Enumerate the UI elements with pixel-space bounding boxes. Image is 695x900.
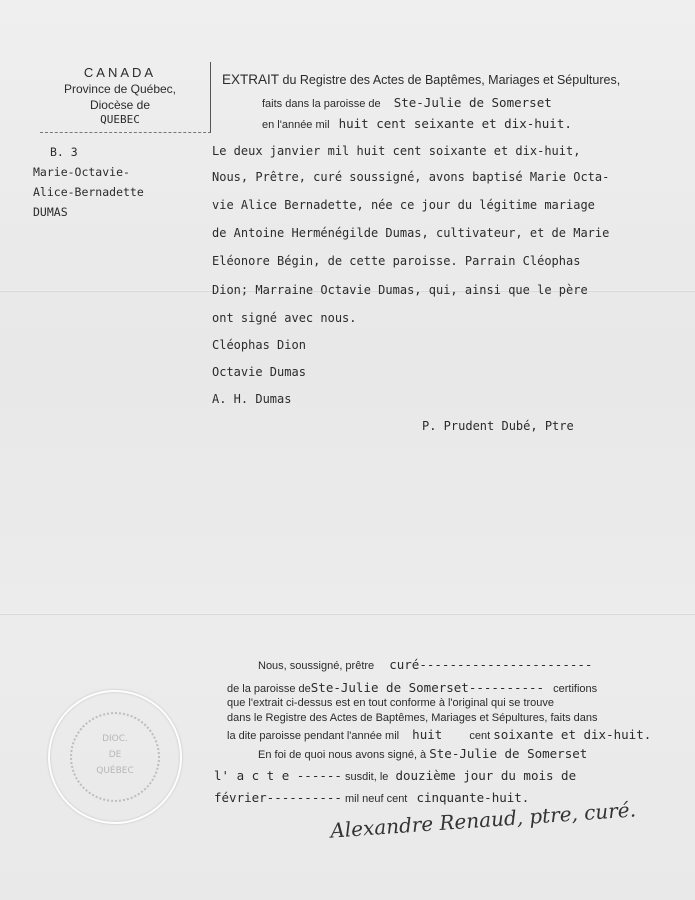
record-line: Le deux janvier mil huit cent soixante e… <box>212 144 580 158</box>
priest-signature: P. Prudent Dubé, Ptre <box>422 419 574 433</box>
cert-label: Nous, soussigné, prêtre <box>258 660 374 672</box>
paroisse-label: faits dans la paroisse de <box>262 98 381 110</box>
cert-value: soixante et dix-huit. <box>493 727 651 742</box>
cert-line-4: dans le Registre des Actes de Baptêmes, … <box>227 712 598 724</box>
embossed-seal: DIOC. DE QUÉBEC <box>48 690 182 824</box>
record-line: Eléonore Bégin, de cette paroisse. Parra… <box>212 254 580 268</box>
child-name-line1: Marie-Octavie- <box>33 165 130 179</box>
cert-value: Ste-Julie de Somerset <box>429 746 587 761</box>
cert-value: curé----------------------- <box>389 657 592 672</box>
cert-line-7: l' a c t e ------ susdit, le douzième jo… <box>214 768 576 783</box>
seal-text: DE <box>72 750 158 760</box>
cert-label: cent <box>469 730 490 742</box>
cert-line-8: février---------- mil neuf cent cinquant… <box>214 790 529 805</box>
cert-label: mil neuf cent <box>345 793 407 805</box>
cert-label: En foi de quoi nous avons signé, à <box>258 749 426 761</box>
cert-label: de la paroisse de <box>227 683 311 695</box>
cert-line-3: que l'extrait ci-dessus est en tout conf… <box>227 697 554 709</box>
cert-label: la dite paroisse pendant l'année mil <box>227 730 399 742</box>
record-line: de Antoine Herménégilde Dumas, cultivate… <box>212 226 609 240</box>
cert-value: cinquante-huit. <box>416 790 529 805</box>
country-label: CANADA <box>40 65 200 80</box>
child-name-line2: Alice-Bernadette <box>33 185 144 199</box>
witness-signature: Cléophas Dion <box>212 338 306 352</box>
diocese-name: QUEBEC <box>40 113 200 126</box>
record-line: ont signé avec nous. <box>212 311 357 325</box>
witness-signature: Octavie Dumas <box>212 365 306 379</box>
header-box: CANADA Province de Québec, Diocèse de QU… <box>40 62 211 133</box>
seal-text: QUÉBEC <box>72 766 158 776</box>
cert-value: Ste-Julie de Somerset---------- <box>311 680 544 695</box>
extrait-label: EXTRAIT <box>222 72 279 87</box>
witness-signature: A. H. Dumas <box>212 392 291 406</box>
paroisse-value: Ste-Julie de Somerset <box>394 95 552 110</box>
cert-label: susdit, le <box>345 771 388 783</box>
document-page: CANADA Province de Québec, Diocèse de QU… <box>0 0 695 900</box>
record-line: Nous, Prêtre, curé soussigné, avons bapt… <box>212 170 609 184</box>
paroisse-line: faits dans la paroisse de Ste-Julie de S… <box>262 95 552 110</box>
province-label: Province de Québec, <box>40 82 200 96</box>
cert-line-5: la dite paroisse pendant l'année mil hui… <box>227 727 651 742</box>
seal-text: DIOC. <box>72 734 158 744</box>
record-line: Dion; Marraine Octavie Dumas, qui, ainsi… <box>212 283 588 297</box>
cert-value: l' a c t e ------ <box>214 768 342 783</box>
cert-label: certifions <box>553 683 597 695</box>
cert-value: février---------- <box>214 790 342 805</box>
registre-label: du Registre des Actes de Baptêmes, Maria… <box>283 73 621 87</box>
annee-line: en l'année mil huit cent seixante et dix… <box>262 116 572 131</box>
annee-label: en l'année mil <box>262 119 330 131</box>
record-line: vie Alice Bernadette, née ce jour du lég… <box>212 198 595 212</box>
record-number: B. 3 <box>50 145 78 159</box>
annee-value: huit cent seixante et dix-huit. <box>339 116 572 131</box>
child-surname: DUMAS <box>33 205 68 219</box>
cert-value: douzième jour du mois de <box>395 768 576 783</box>
cert-value: huit <box>412 727 442 742</box>
diocese-label: Diocèse de <box>40 98 200 112</box>
document-title: EXTRAIT du Registre des Actes de Baptême… <box>222 72 620 87</box>
fold-line-bottom <box>0 613 695 615</box>
seal-inner-ring: DIOC. DE QUÉBEC <box>70 712 160 802</box>
cert-line-1: Nous, soussigné, prêtre curé------------… <box>258 657 592 672</box>
cert-line-6: En foi de quoi nous avons signé, à Ste-J… <box>258 746 587 761</box>
cert-line-2: de la paroisse deSte-Julie de Somerset--… <box>227 680 597 695</box>
